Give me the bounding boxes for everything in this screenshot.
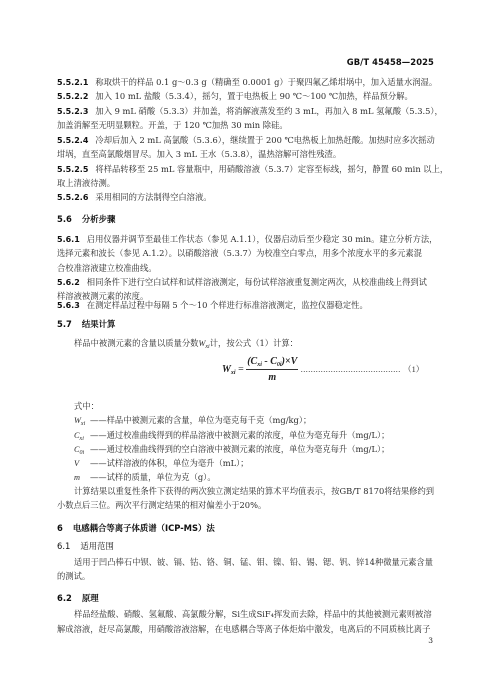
clause-number: 5.5.2.4: [57, 136, 88, 146]
section-heading-6: 6电感耦合等离子体质谱（ICP-MS）法: [57, 522, 215, 534]
where-symbol: Wxi: [74, 416, 90, 429]
section-heading-6-1: 6.1适用范围: [57, 540, 114, 552]
section-number: 5.6: [57, 214, 72, 224]
where-item: V——试样溶液的体积，单位为毫升（mL）；: [74, 458, 249, 469]
where-description: ——通过校准曲线得到的空白溶液中被测元素的浓度，单位为毫克每升（mg/L）；: [90, 444, 389, 454]
clause-text: 在测定样品过程中每隔 5 个～10 个样进行标准溶液测定，监控仪器稳定性。: [87, 300, 368, 310]
section-number: 5.7: [57, 319, 72, 329]
where-description: ——通过校准曲线得到的样品溶液中被测元素的浓度，单位为毫克每升（mg/L）；: [90, 430, 389, 440]
result-note-line-1: 计算结果以重复性条件下获得的两次独立测定结果的算术平均值表示，按GB/T 817…: [74, 486, 434, 496]
clause-5-5-2-1: 5.5.2.1称取烘干的样品 0.1 g～0.3 g（精确至 0.0001 g）…: [57, 77, 437, 88]
page-number: 3: [428, 636, 433, 646]
section-number: 6.1: [57, 541, 70, 551]
clause-number: 5.5.2.1: [57, 78, 88, 88]
clause-5-5-2-5-continued: 取上清液待测。: [57, 178, 115, 188]
clause-5-6-1-continued-2: 合校准溶液建立校准曲线。: [57, 263, 157, 273]
clause-text: 采用相同的方法制得空白溶液。: [95, 192, 211, 202]
clause-5-6-2: 5.6.2相同条件下进行空白试样和试样溶液测定，每份试样溶液重复测定两次，从校准…: [57, 277, 427, 288]
result-note-line-2: 小数点后三位。两次平行测定结果的相对偏差小于20%。: [57, 500, 266, 510]
clause-number: 5.5.2.6: [57, 193, 88, 203]
where-item: Wxi——样品中被测元素的含量，单位为毫克每千克（mg/kg）；: [74, 415, 311, 429]
where-item: m——试样的质量，单位为克（g）。: [74, 472, 216, 483]
clause-number: 5.5.2.5: [57, 165, 88, 175]
clause-5-5-2-4: 5.5.2.4冷却后加入 2 mL 高氯酸（5.3.6），继续置于 200 ℃电…: [57, 135, 435, 146]
section-title: 电感耦合等离子体质谱（ICP-MS）法: [73, 523, 215, 533]
formula-leader-dots: ........................................: [301, 365, 401, 374]
section-heading-5-6: 5.6分析步骤: [57, 213, 115, 225]
clause-number: 5.5.2.2: [57, 92, 88, 102]
clause-5-6-1-continued-1: 选择元素和波长（参见 A.1.2）。以硝酸溶液（5.3.7）为校准空白零点，用多…: [57, 248, 422, 258]
clause-5-6-3: 5.6.3在测定样品过程中每隔 5 个～10 个样进行标准溶液测定，监控仪器稳定…: [57, 300, 368, 311]
where-label: 式中：: [74, 401, 99, 411]
section-number: 6.2: [57, 593, 72, 603]
section-heading-5-7: 5.7结果计算: [57, 318, 115, 330]
clause-text: 将样品转移至 25 mL 容量瓶中，用硝酸溶液（5.3.7）定容至标线，摇匀，静…: [95, 164, 448, 174]
variable-w: Wxi: [198, 339, 209, 348]
scope-line-2: 的测试。: [57, 571, 90, 581]
clause-5-6-1: 5.6.1启用仪器并调节至最佳工作状态（参见 A.1.1），仪器启动后至少稳定 …: [57, 234, 437, 245]
principle-line-2: 解成溶液，赶尽高氯酸，用硝酸溶液溶解，在电感耦合等离子体炬焰中激发，电离后的不同…: [57, 624, 430, 634]
section-title: 分析步骤: [82, 214, 116, 224]
where-symbol: Cxi: [74, 431, 90, 444]
clause-text: 加入 9 mL 硝酸（5.3.3）并加盖，将消解液蒸发至约 3 mL，再加入 8…: [95, 106, 442, 116]
clause-text: 冷却后加入 2 mL 高氯酸（5.3.6），继续置于 200 ℃电热板上加热赶酸…: [95, 135, 434, 145]
clause-number: 5.6.1: [57, 235, 80, 245]
clause-number: 5.6.2: [57, 278, 80, 288]
formula-denominator: m: [246, 370, 298, 383]
standard-code: GB/T 45458—2025: [347, 57, 434, 67]
formula-lhs: Wxi: [222, 364, 236, 375]
clause-5-5-2-6: 5.5.2.6采用相同的方法制得空白溶液。: [57, 192, 212, 203]
clause-5-5-2-2: 5.5.2.2加入 10 mL 盐酸（5.3.4），摇匀，置于电热板上 90 ℃…: [57, 91, 413, 102]
intro-text-end: 计，按公式（1）计算：: [210, 338, 298, 348]
formula-fraction: (Cxi - C0i)×V m: [246, 356, 298, 383]
section-title: 适用范围: [80, 541, 114, 551]
where-description: ——试样溶液的体积，单位为毫升（mL）；: [90, 458, 249, 468]
where-symbol: C0i: [74, 445, 90, 458]
clause-text: 启用仪器并调节至最佳工作状态（参见 A.1.1），仪器启动后至少稳定 30 mi…: [87, 234, 438, 244]
equation-number: （1）: [403, 365, 424, 374]
section-number: 6: [57, 523, 63, 533]
where-item: Cxi——通过校准曲线得到的样品溶液中被测元素的浓度，单位为毫克每升（mg/L）…: [74, 430, 389, 444]
clause-5-5-2-5: 5.5.2.5将样品转移至 25 mL 容量瓶中，用硝酸溶液（5.3.7）定容至…: [57, 164, 448, 175]
where-symbol: m: [74, 473, 90, 483]
calculation-intro: 样品中被测元素的含量以质量分数Wxi计，按公式（1）计算：: [74, 338, 298, 352]
formula-1: Wxi = (Cxi - C0i)×V m ..................…: [222, 356, 424, 383]
scope-line-1: 适用于凹凸棒石中钡、铍、镉、钴、铬、铜、锰、钼、镍、铅、锡、锶、钒、锌14种微量…: [74, 557, 433, 567]
clause-number: 5.6.3: [57, 301, 80, 311]
formula-numerator: (Cxi - C0i)×V: [246, 356, 298, 370]
clause-text: 相同条件下进行空白试样和试样溶液测定，每份试样溶液重复测定两次，从校准曲线上得到…: [87, 277, 427, 287]
clause-5-5-2-3: 5.5.2.3加入 9 mL 硝酸（5.3.3）并加盖，将消解液蒸发至约 3 m…: [57, 106, 443, 117]
principle-line-1: 样品经盐酸、硝酸、氢氟酸、高氯酸分解，Si生成SiF₄挥发而去除，样品中的其他被…: [74, 609, 432, 619]
where-description: ——样品中被测元素的含量，单位为毫克每千克（mg/kg）；: [90, 415, 311, 425]
section-title: 原理: [82, 593, 99, 603]
clause-text: 加入 10 mL 盐酸（5.3.4），摇匀，置于电热板上 90 ℃～100 ℃加…: [95, 91, 412, 101]
section-heading-6-2: 6.2原理: [57, 592, 99, 604]
clause-text: 称取烘干的样品 0.1 g～0.3 g（精确至 0.0001 g）于聚四氟乙烯坩…: [95, 77, 437, 87]
clause-5-5-2-3-continued: 加盖消解至无明显颗粒。开盖，于 120 ℃加热 30 min 除硅。: [57, 120, 288, 130]
where-description: ——试样的质量，单位为克（g）。: [90, 472, 216, 482]
clause-number: 5.5.2.3: [57, 107, 88, 117]
clause-5-5-2-4-continued: 坩埚，直至高氯酸烟冒尽。加入 3 mL 王水（5.3.8），温热溶解可溶性残渣。: [57, 149, 341, 159]
where-symbol: V: [74, 459, 90, 469]
where-item: C0i——通过校准曲线得到的空白溶液中被测元素的浓度，单位为毫克每升（mg/L）…: [74, 444, 389, 458]
section-title: 结果计算: [82, 319, 116, 329]
intro-text: 样品中被测元素的含量以质量分数: [74, 338, 198, 348]
